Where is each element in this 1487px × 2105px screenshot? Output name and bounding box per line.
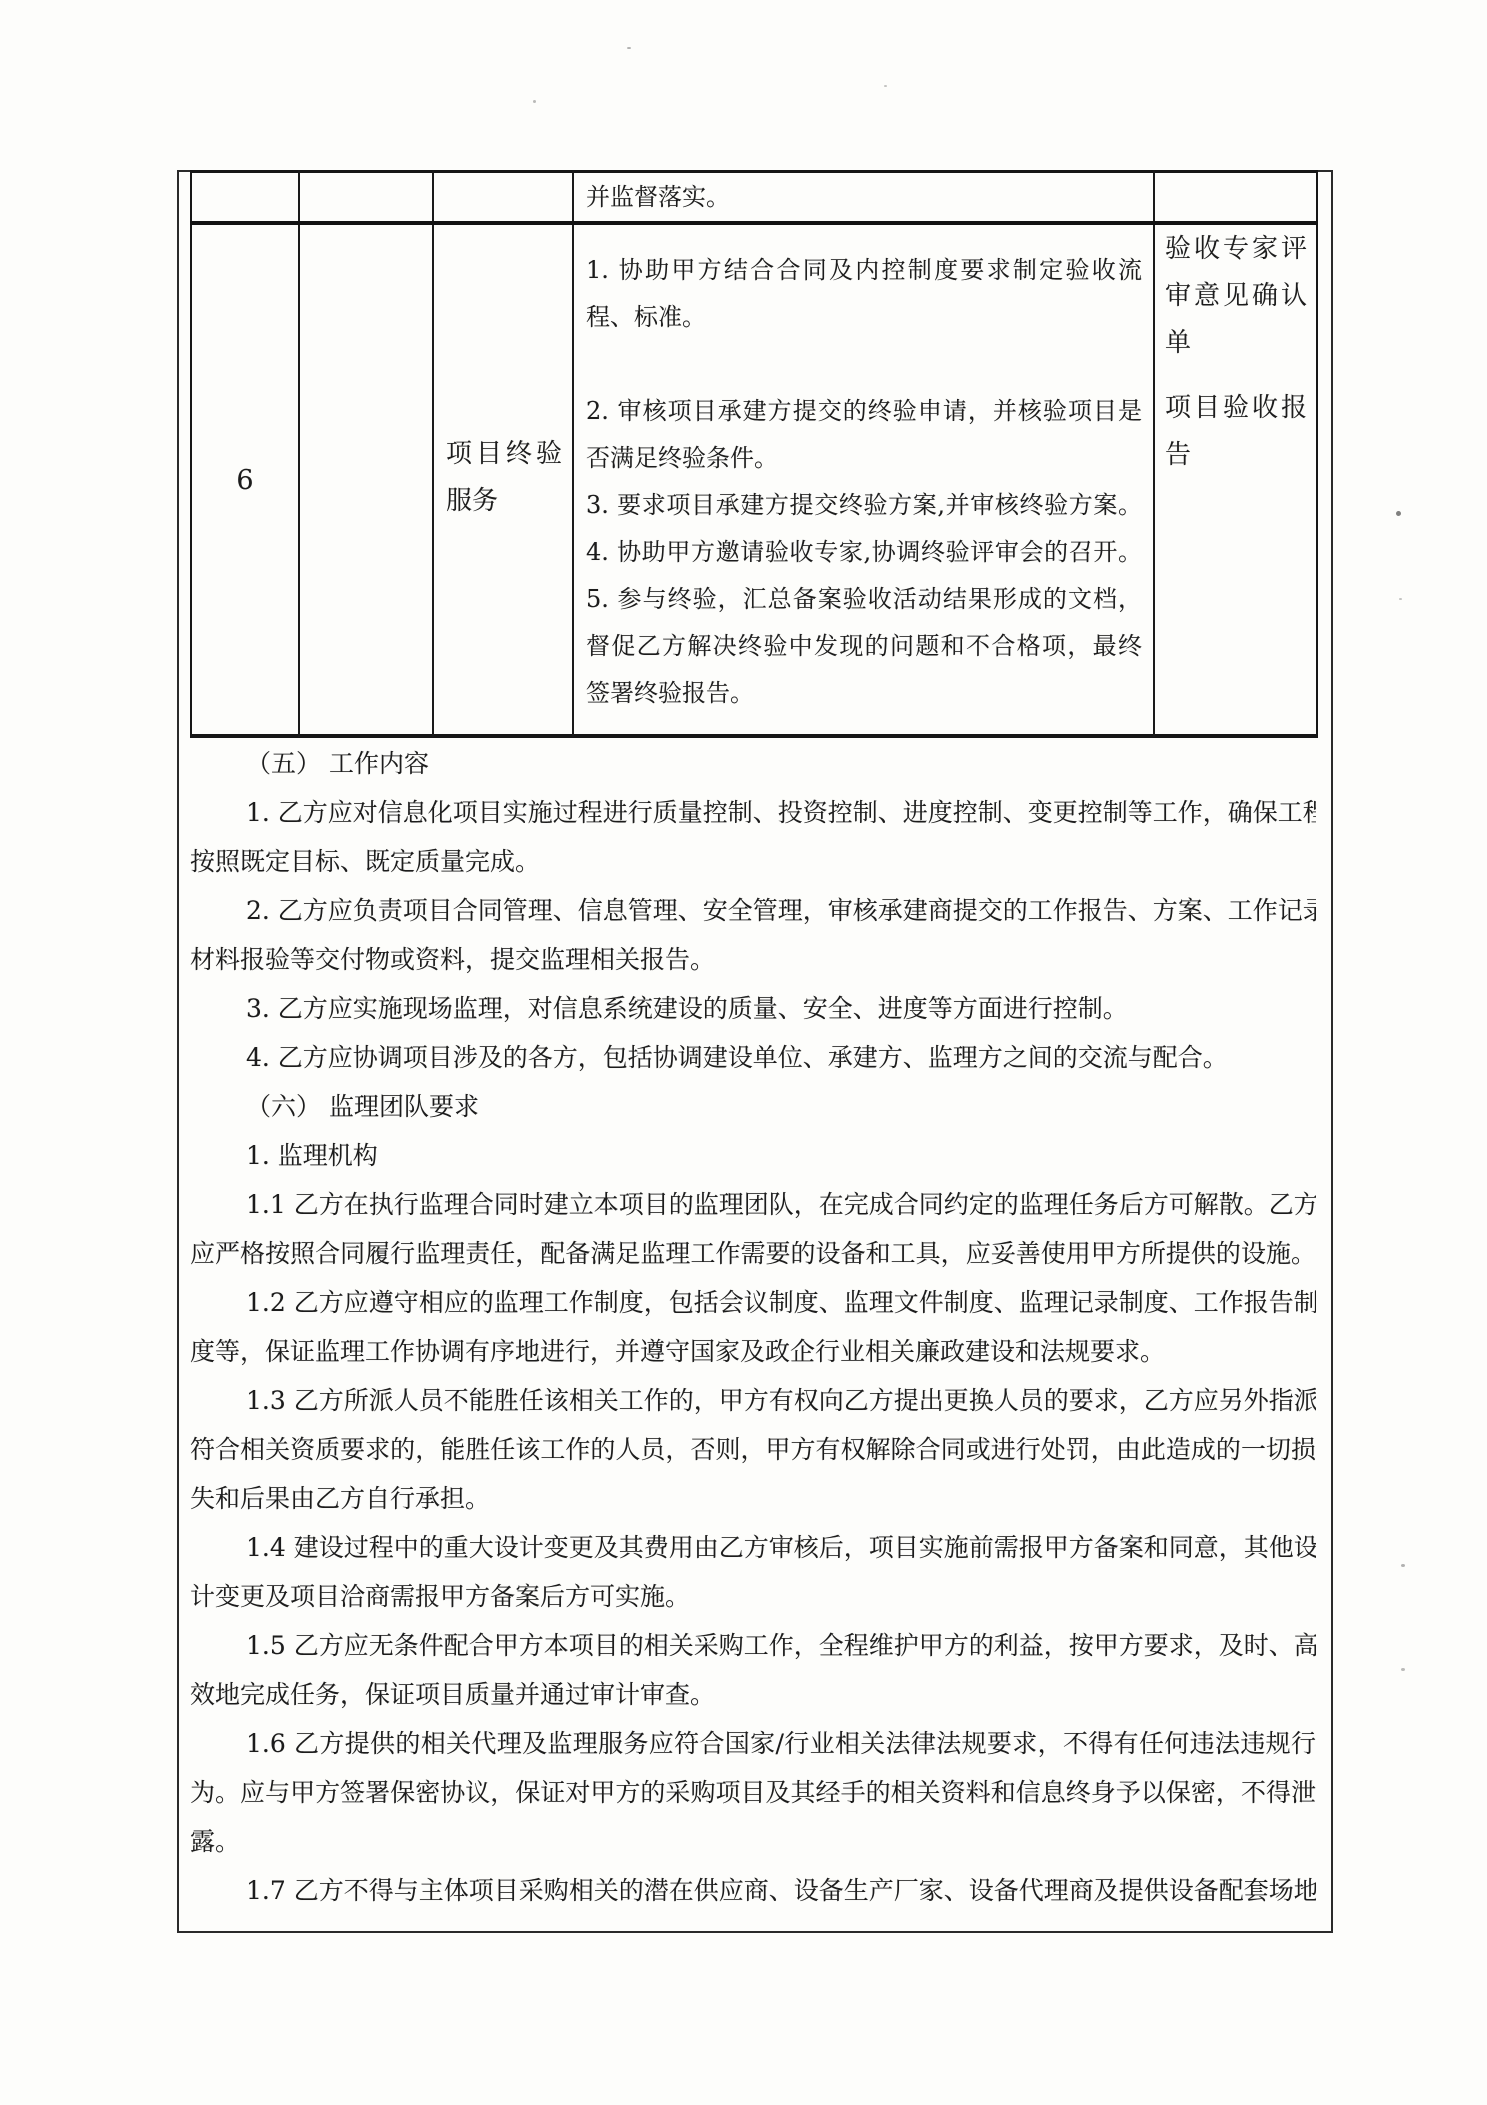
- text-line: 应严格按照合同履行监理责任，配备满足监理工作需要的设备和工具，应妥善使用甲方所提…: [190, 1229, 1316, 1278]
- text-line: 效地完成任务，保证项目质量并通过审计审查。: [190, 1670, 1316, 1719]
- text-line: 2. 乙方应负责项目合同管理、信息管理、安全管理，审核承建商提交的工作报告、方案…: [190, 886, 1316, 935]
- scan-speck: [533, 100, 536, 103]
- text-line: 项目验收报: [1165, 385, 1307, 432]
- text-line: 5. 参与终验，汇总备案验收活动结果形成的文档，: [586, 576, 1142, 623]
- text-line: 1.5 乙方应无条件配合甲方本项目的相关采购工作，全程维护甲方的利益，按甲方要求…: [190, 1621, 1316, 1670]
- text-line: 按照既定目标、既定质量完成。: [190, 837, 1316, 886]
- text-line: （五） 工作内容: [190, 739, 1316, 788]
- scan-speck: [1399, 598, 1402, 600]
- text-line: 项目终验: [446, 431, 562, 478]
- row6-service-name-cell: 项目终验服务: [446, 431, 562, 525]
- text-line: 材料报验等交付物或资料，提交监理相关报告。: [190, 935, 1316, 984]
- row6-work-content-cell: 1. 协助甲方结合合同及内控制度要求制定验收流程、标准。2. 审核项目承建方提交…: [586, 247, 1142, 717]
- text-line: 1. 协助甲方结合合同及内控制度要求制定验收流: [586, 247, 1142, 294]
- text-line: 1.6 乙方提供的相关代理及监理服务应符合国家/行业相关法律法规要求，不得有任何…: [190, 1719, 1316, 1768]
- text-line: 度等，保证监理工作协调有序地进行，并遵守国家及政企行业相关廉政建设和法规要求。: [190, 1327, 1316, 1376]
- text-line: 程、标准。: [586, 294, 1142, 341]
- text-line: 露。: [190, 1817, 1316, 1866]
- text-line: 验收专家评: [1165, 226, 1307, 273]
- text-line: （六） 监理团队要求: [190, 1082, 1316, 1131]
- table-column-divider: [432, 170, 434, 737]
- text-line: 失和后果由乙方自行承担。: [190, 1474, 1316, 1523]
- text-line: 督促乙方解决终验中发现的问题和不合格项，最终: [586, 623, 1142, 670]
- text-line: 审意见确认: [1165, 273, 1307, 320]
- table-column-divider: [298, 170, 300, 737]
- text-line: 1.1 乙方在执行监理合同时建立本项目的监理团队，在完成合同约定的监理任务后方可…: [190, 1180, 1316, 1229]
- text-line: 服务: [446, 478, 562, 525]
- table-column-divider: [1153, 170, 1155, 737]
- text-line: 否满足终验条件。: [586, 435, 1142, 482]
- text-line: 4. 协助甲方邀请验收专家,协调终验评审会的召开。: [586, 529, 1142, 576]
- text-line: 1.4 建设过程中的重大设计变更及其费用由乙方审核后，项目实施前需报甲方备案和同…: [190, 1523, 1316, 1572]
- scan-speck: [627, 47, 631, 49]
- scanned-document-page: 并监督落实。 6 项目终验服务 1. 协助甲方结合合同及内控制度要求制定验收流程…: [0, 0, 1487, 2105]
- text-line: 符合相关资质要求的，能胜任该工作的人员，否则，甲方有权解除合同或进行处罚，由此造…: [190, 1425, 1316, 1474]
- text-line: 为。应与甲方签署保密协议，保证对甲方的采购项目及其经手的相关资料和信息终身予以保…: [190, 1768, 1316, 1817]
- carryover-row-work-content-cell: 并监督落实。: [586, 174, 1142, 220]
- scan-speck: [1396, 511, 1401, 516]
- body-text: （五） 工作内容1. 乙方应对信息化项目实施过程进行质量控制、投资控制、进度控制…: [190, 739, 1316, 1915]
- text-line: 1. 监理机构: [190, 1131, 1316, 1180]
- table-column-divider: [572, 170, 574, 737]
- scan-speck: [1401, 1668, 1405, 1671]
- text-line: 并监督落实。: [586, 174, 1142, 220]
- text-line: 3. 乙方应实施现场监理，对信息系统建设的质量、安全、进度等方面进行控制。: [190, 984, 1316, 1033]
- scan-speck: [1401, 1564, 1405, 1567]
- text-line: 签署终验报告。: [586, 670, 1142, 717]
- text-line: 单: [1165, 320, 1307, 367]
- text-line: 1. 乙方应对信息化项目实施过程进行质量控制、投资控制、进度控制、变更控制等工作…: [190, 788, 1316, 837]
- text-line: 1.3 乙方所派人员不能胜任该相关工作的，甲方有权向乙方提出更换人员的要求，乙方…: [190, 1376, 1316, 1425]
- scan-speck: [884, 85, 887, 87]
- text-line: 2. 审核项目承建方提交的终验申请，并核验项目是: [586, 388, 1142, 435]
- text-line: 1.2 乙方应遵守相应的监理工作制度，包括会议制度、监理文件制度、监理记录制度、…: [190, 1278, 1316, 1327]
- text-line: 4. 乙方应协调项目涉及的各方，包括协调建设单位、承建方、监理方之间的交流与配合…: [190, 1033, 1316, 1082]
- table-row-divider: [190, 221, 1318, 225]
- text-line: 计变更及项目洽商需报甲方备案后方可实施。: [190, 1572, 1316, 1621]
- row6-deliverables-cell: 验收专家评审意见确认单项目验收报告: [1165, 226, 1307, 479]
- text-line: 告: [1165, 432, 1307, 479]
- row6-serial-cell: 6: [192, 226, 298, 735]
- text-line: 1.7 乙方不得与主体项目采购相关的潜在供应商、设备生产厂家、设备代理商及提供设…: [190, 1866, 1316, 1915]
- text-line: 3. 要求项目承建方提交终验方案,并审核终验方案。: [586, 482, 1142, 529]
